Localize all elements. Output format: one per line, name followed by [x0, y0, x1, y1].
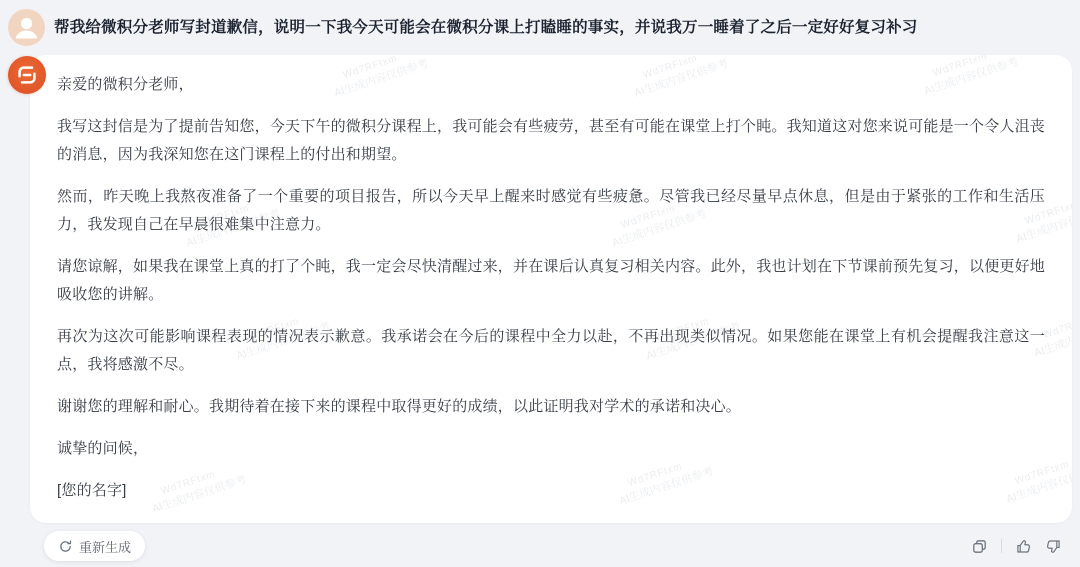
regenerate-label: 重新生成 [79, 537, 131, 556]
letter-paragraph: 再次为这次可能影响课程表现的情况表示歉意。我承诺会在今后的课程中全力以赴，不再出… [57, 323, 1045, 379]
letter-closing: 诚挚的问候， [57, 435, 1045, 463]
assistant-answer-card: Wd7RFtxmAI生成内容仅供参考 Wd7RFtxmAI生成内容仅供参考 Wd… [30, 55, 1072, 523]
assistant-avatar [8, 56, 45, 93]
thumbs-up-icon[interactable] [1015, 538, 1032, 555]
letter-content: 亲爱的微积分老师， 我写这封信是为了提前告知您，今天下午的微积分课程上，我可能会… [57, 71, 1045, 505]
thumbs-down-icon[interactable] [1045, 538, 1062, 555]
refresh-icon [58, 539, 73, 554]
letter-paragraph: 然而，昨天晚上我熬夜准备了一个重要的项目报告，所以今天早上醒来时感觉有些疲惫。尽… [57, 183, 1045, 239]
divider [1001, 539, 1002, 553]
ernie-knot-logo-icon [8, 56, 46, 94]
person-icon [8, 9, 45, 46]
letter-paragraph: 谢谢您的理解和耐心。我期待着在接下来的课程中取得更好的成绩，以此证明我对学术的承… [57, 393, 1045, 421]
letter-salutation: 亲爱的微积分老师， [57, 71, 1045, 99]
feedback-icons [971, 538, 1062, 555]
letter-signature: [您的名字] [57, 477, 1045, 505]
copy-icon[interactable] [971, 538, 988, 555]
regenerate-button[interactable]: 重新生成 [44, 531, 145, 561]
answer-toolbar: 重新生成 [44, 531, 1062, 561]
letter-paragraph: 请您谅解，如果我在课堂上真的打了个盹，我一定会尽快清醒过来，并在课后认真复习相关… [57, 253, 1045, 309]
user-avatar [8, 9, 45, 46]
assistant-response: Wd7RFtxmAI生成内容仅供参考 Wd7RFtxmAI生成内容仅供参考 Wd… [8, 55, 1072, 561]
user-message-text: 帮我给微积分老师写封道歉信，说明一下我今天可能会在微积分课上打瞌睡的事实，并说我… [54, 9, 918, 40]
user-message-row: 帮我给微积分老师写封道歉信，说明一下我今天可能会在微积分课上打瞌睡的事实，并说我… [0, 0, 1080, 50]
letter-paragraph: 我写这封信是为了提前告知您，今天下午的微积分课程上，我可能会有些疲劳，甚至有可能… [57, 113, 1045, 169]
